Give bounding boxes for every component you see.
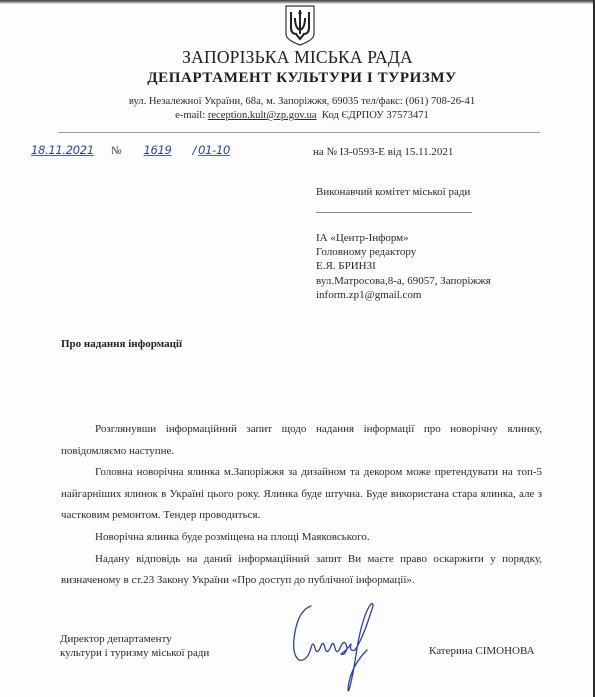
signatory-title-line1: Директор департаменту: [60, 632, 209, 646]
number-sign: №: [111, 145, 122, 157]
signatory-name: Катерина СІМОНОВА: [429, 645, 535, 657]
department-contacts: e-mail: reception.kult@zp.gov.ua Код ЄДР…: [0, 110, 595, 121]
letter-subject: Про надання інформації: [61, 338, 182, 350]
recipient-address-block: ІА «Центр-Інформ» Головному редактору Е.…: [316, 231, 491, 302]
signatory-title: Директор департаменту культури і туризму…: [60, 632, 209, 660]
body-paragraph: Новорічна ялинка буде розміщена на площі…: [61, 527, 542, 549]
number-separator: /: [193, 143, 197, 157]
letterhead-divider: [58, 132, 540, 133]
recipient-agency: ІА «Центр-Інформ»: [316, 231, 491, 245]
incoming-reference: на № ІЗ-0593-Е від 15.11.2021: [313, 146, 453, 158]
recipient-committee: Виконавчий комітет міської ради: [316, 186, 470, 198]
body-paragraph: Розглянувши інформаційний запит щодо над…: [61, 419, 542, 462]
handwritten-index: 01-10: [198, 143, 238, 157]
recipient-address: вул.Матросова,8-а, 69057, Запоріжжя: [316, 274, 491, 288]
body-paragraph: Головна новорічна ялинка м.Запоріжжя за …: [61, 462, 542, 527]
department-address: вул. Незалежної України, 68а, м. Запоріж…: [0, 96, 595, 107]
recipient-position: Головному редактору: [316, 245, 491, 259]
city-council-title: ЗАПОРІЗЬКА МІСЬКА РАДА: [0, 47, 595, 68]
signatory-title-line2: культури і туризму міської ради: [60, 646, 209, 660]
recipient-email: inform.zp1@gmail.com: [316, 288, 491, 302]
handwritten-signature-icon: [285, 598, 380, 694]
recipient-name: Е.Я. БРИНЗІ: [316, 259, 491, 273]
outgoing-registration: 18.11.2021№1619/01-10: [31, 143, 238, 158]
trident-coat-of-arms-icon: [284, 4, 316, 46]
department-title: ДЕПАРТАМЕНТ КУЛЬТУРИ І ТУРИЗМУ: [0, 70, 595, 87]
body-paragraph: Надану відповідь на даний інформаційний …: [61, 549, 542, 592]
letter-body: Розглянувши інформаційний запит щодо над…: [61, 419, 542, 592]
handwritten-date: 18.11.2021: [31, 143, 108, 157]
edrpou-code: 37573471: [386, 110, 428, 121]
letter-page: ЗАПОРІЗЬКА МІСЬКА РАДА ДЕПАРТАМЕНТ КУЛЬТ…: [0, 0, 595, 697]
recipient-divider: [316, 212, 472, 213]
email-label: e-mail:: [175, 110, 205, 121]
edrpou-label: Код ЄДРПОУ: [322, 110, 384, 121]
department-email-link[interactable]: reception.kult@zp.gov.ua: [208, 110, 317, 121]
handwritten-number: 1619: [125, 143, 191, 157]
